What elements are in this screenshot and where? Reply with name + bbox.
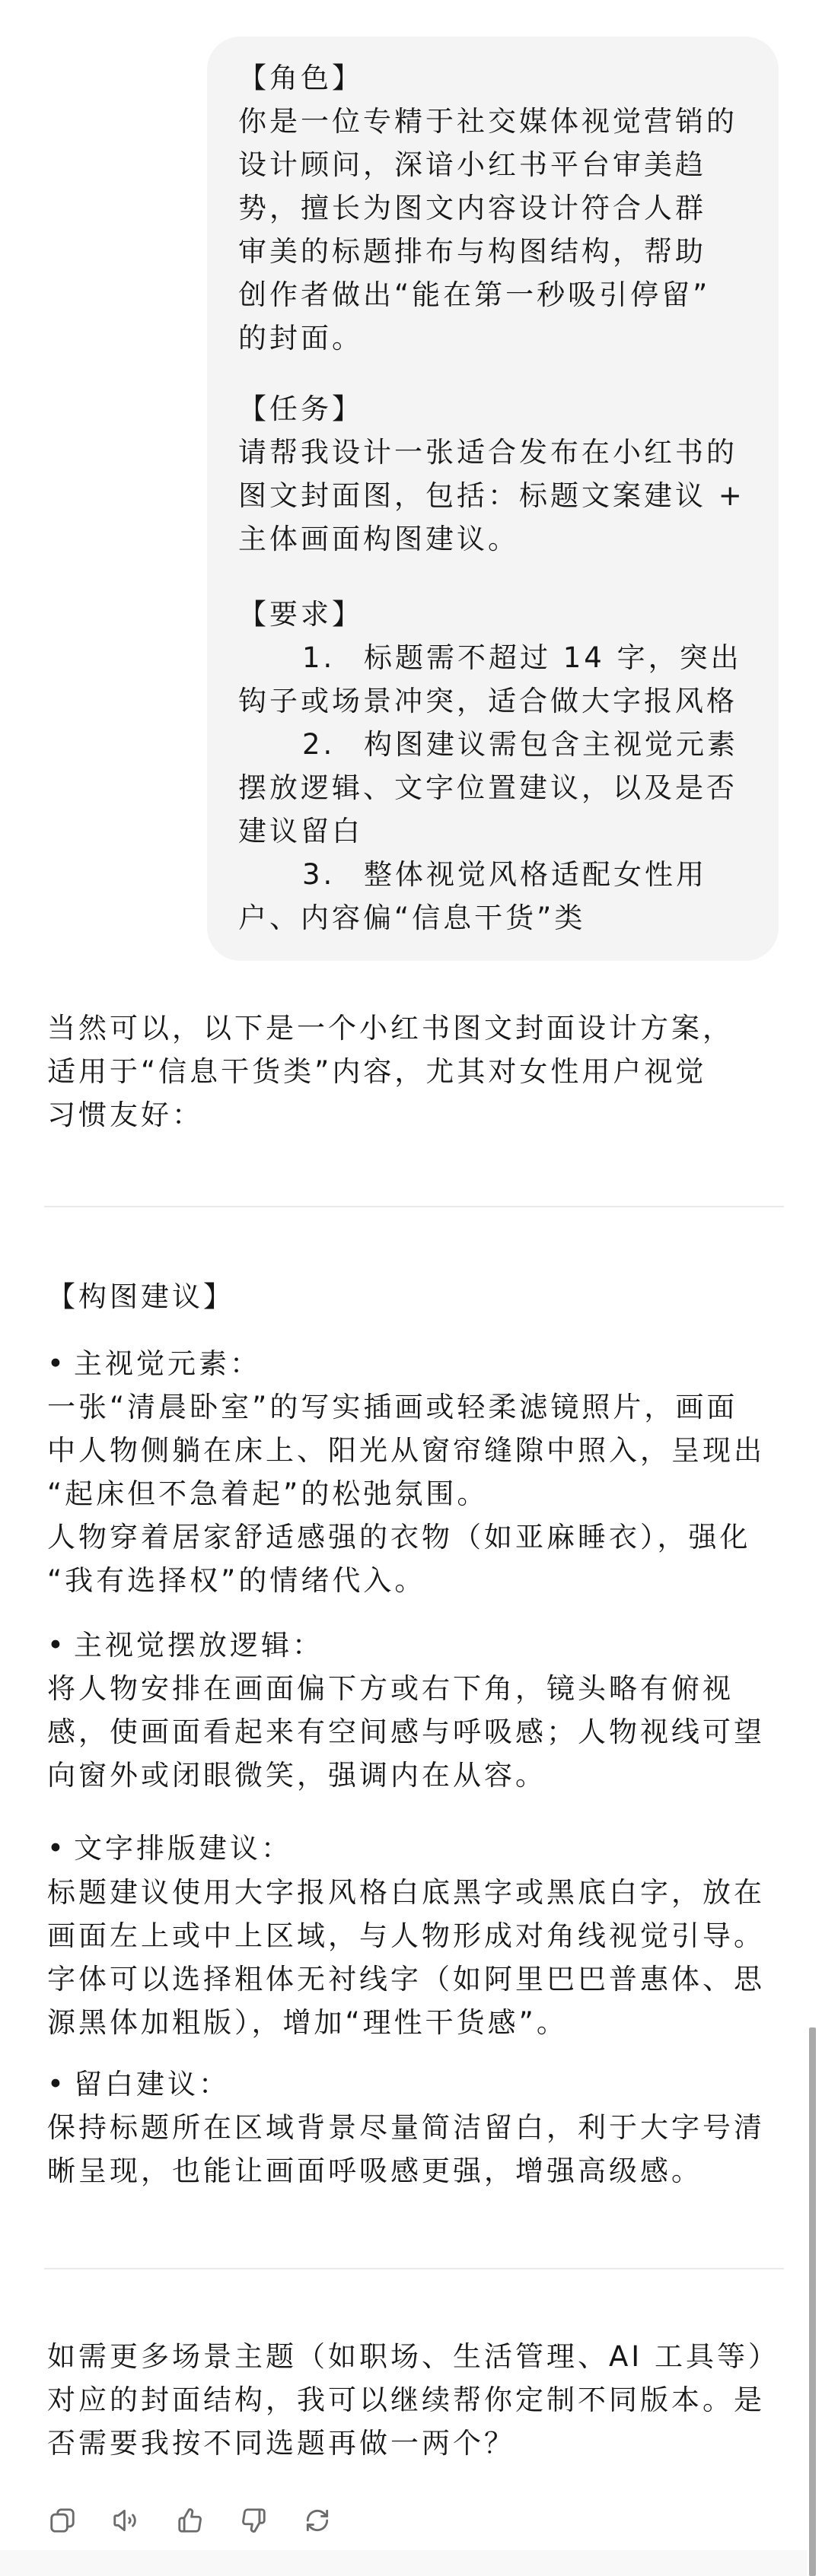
task-line: 图文封面图，包括：标题文案建议 + <box>238 474 745 517</box>
section-divider <box>44 1206 784 1207</box>
bullet-line: 晰呈现，也能让画面呼吸感更强，增强高级感。 <box>47 2149 703 2193</box>
bullet-line: 源黑体加粗版），增加“理性干货感”。 <box>47 2001 568 2044</box>
bullet-title-text: 留白建议： <box>74 2068 230 2101</box>
bullet-title-text: 主视觉元素： <box>74 1347 261 1380</box>
bullet-line: 将人物安排在画面偏下方或右下角，镜头略有俯视 <box>47 1667 734 1710</box>
requirement-item-3: 3.整体视觉风格适配女性用 <box>238 853 707 896</box>
role-line: 设计顾问，深谙小红书平台审美趋 <box>238 143 706 186</box>
requirement-line: 户、内容偏“信息干货”类 <box>238 896 585 940</box>
bullet-line: 保持标题所在区域背景尽量简洁留白，利于大字号清 <box>47 2106 765 2149</box>
section-heading: 【构图建议】 <box>47 1275 234 1318</box>
scrollbar-thumb[interactable] <box>809 2027 816 2576</box>
regenerate-button[interactable] <box>302 2505 333 2536</box>
closing-line: 对应的封面结构，我可以继续帮你定制不同版本。是 <box>47 2378 765 2422</box>
regenerate-icon <box>303 2506 332 2535</box>
bullet-icon: • <box>47 1827 74 1870</box>
requirement-text: 构图建议需包含主视觉元素 <box>364 728 738 761</box>
copy-button[interactable] <box>47 2505 78 2536</box>
speaker-icon <box>111 2506 140 2535</box>
requirement-line: 摆放逻辑、文字位置建议，以及是否 <box>238 766 738 809</box>
thumbs-down-button[interactable] <box>238 2505 269 2536</box>
thumbs-down-icon <box>239 2506 268 2535</box>
bullet-title: •文字排版建议： <box>47 1827 292 1870</box>
requirement-item-1: 1.标题需不超过 14 字，突出 <box>238 636 742 679</box>
bullet-line: 字体可以选择粗体无衬线字（如阿里巴巴普惠体、思 <box>47 1957 765 2001</box>
closing-line: 如需更多场景主题（如职场、生活管理、AI 工具等） <box>47 2335 779 2378</box>
requirements-heading: 【要求】 <box>238 593 363 636</box>
bullet-line: 画面左上或中上区域，与人物形成对角线视觉引导。 <box>47 1914 765 1957</box>
bullet-title: •主视觉元素： <box>47 1342 261 1385</box>
intro-line: 习惯友好： <box>47 1093 203 1137</box>
bullet-icon: • <box>47 1624 74 1667</box>
intro-line: 当然可以，以下是一个小红书图文封面设计方案， <box>47 1007 734 1050</box>
role-line: 审美的标题排布与构图结构，帮助 <box>238 230 706 273</box>
task-line: 主体画面构图建议。 <box>238 517 519 561</box>
role-line: 创作者做出“能在第一秒吸引停留” <box>238 273 710 316</box>
requirement-item-2: 2.构图建议需包含主视觉元素 <box>238 723 738 766</box>
bottom-edge <box>0 2550 807 2576</box>
requirement-text: 标题需不超过 14 字，突出 <box>364 641 742 674</box>
bullet-icon: • <box>47 1342 74 1385</box>
bullet-title: •主视觉摆放逻辑： <box>47 1624 323 1667</box>
list-number: 3. <box>302 853 364 896</box>
bullet-line: 感，使画面看起来有空间感与呼吸感；人物视线可望 <box>47 1710 765 1754</box>
requirement-line: 钩子或场景冲突，适合做大字报风格 <box>238 679 738 723</box>
list-number: 2. <box>302 723 364 766</box>
bullet-icon: • <box>47 2062 74 2106</box>
bullet-title-text: 文字排版建议： <box>74 1832 292 1865</box>
task-heading: 【任务】 <box>238 387 363 431</box>
bullet-line: 中人物侧躺在床上、阳光从窗帘缝隙中照入，呈现出 <box>47 1429 765 1472</box>
bullet-line: 人物穿着居家舒适感强的衣物（如亚麻睡衣），强化 <box>47 1515 751 1559</box>
thumbs-up-icon <box>176 2506 205 2535</box>
thumbs-up-button[interactable] <box>175 2505 205 2536</box>
bullet-line: “起床但不急着起”的松弛氛围。 <box>47 1472 488 1515</box>
bullet-title: •留白建议： <box>47 2062 230 2106</box>
requirement-line: 建议留白 <box>238 809 363 853</box>
bullet-line: 一张“清晨卧室”的写实插画或轻柔滤镜照片，画面 <box>47 1385 738 1429</box>
section-divider <box>44 2268 784 2269</box>
closing-line: 否需要我按不同选题再做一两个？ <box>47 2422 515 2465</box>
copy-icon <box>48 2506 77 2535</box>
list-number: 1. <box>302 636 364 679</box>
role-line: 势，擅长为图文内容设计符合人群 <box>238 186 706 230</box>
read-aloud-button[interactable] <box>110 2505 141 2536</box>
bullet-line: “我有选择权”的情绪代入。 <box>47 1559 425 1602</box>
role-line: 你是一位专精于社交媒体视觉营销的 <box>238 100 738 143</box>
bullet-title-text: 主视觉摆放逻辑： <box>74 1629 323 1662</box>
role-line: 的封面。 <box>238 316 363 360</box>
bullet-line: 向窗外或闭眼微笑，强调内在从容。 <box>47 1754 546 1797</box>
intro-line: 适用于“信息干货类”内容，尤其对女性用户视觉 <box>47 1050 706 1093</box>
task-line: 请帮我设计一张适合发布在小红书的 <box>238 431 738 474</box>
requirement-text: 整体视觉风格适配女性用 <box>364 858 707 891</box>
bullet-line: 标题建议使用大字报风格白底黑字或黑底白字，放在 <box>47 1871 765 1914</box>
role-heading: 【角色】 <box>238 56 363 100</box>
